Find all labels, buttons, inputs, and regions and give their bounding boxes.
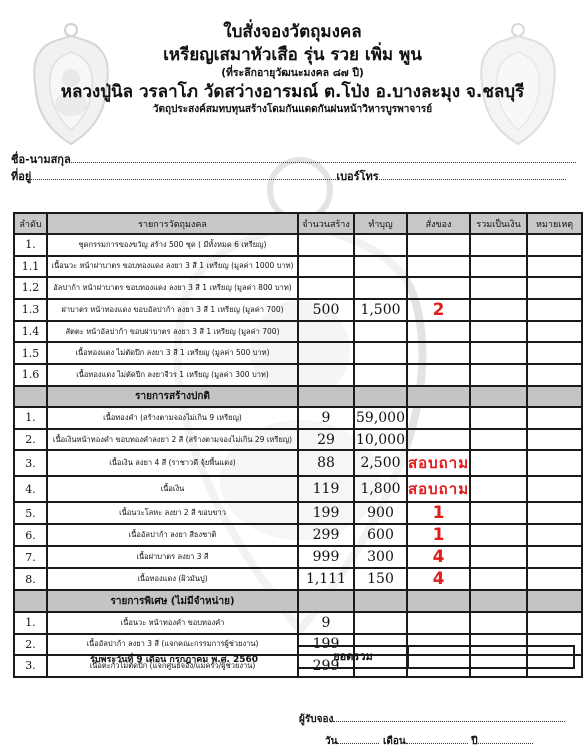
row-price: 900 [354,502,407,524]
row-order[interactable]: 2 [407,299,470,321]
row-number: 1.1 [14,256,47,278]
row-item: เนื้อเงิน [47,476,298,502]
row-total[interactable] [470,612,527,634]
row-quantity: 199 [298,502,354,524]
row-item: เนื้ออัลปาก้า ลงยา สีธงชาติ [47,524,298,546]
receiver-field[interactable]: ผู้รับจอง [299,711,565,727]
row-item: ชุดกรรมการของขวัญ สร้าง 500 ชุด ( มีทั้ง… [47,234,298,256]
table-row: 8.เนื้อทองแดง (ผิวมันปู)1,1111504 [14,568,582,590]
row-quantity: 88 [298,450,354,476]
row-note[interactable] [527,502,582,524]
row-number: 1.2 [14,277,47,299]
row-price: 59,000 [354,407,407,429]
row-number: 2. [14,429,47,451]
row-note[interactable] [527,234,582,256]
name-input-line[interactable] [71,152,576,163]
phone-label: เบอร์โทร [336,170,378,183]
table-row: 5.เนื้อนวะโลหะ ลงยา 2 สี ขอบขาว1999001 [14,502,582,524]
col-header-total: รวมเป็นเงิน [470,213,527,234]
month-label: เดือน [383,736,406,747]
row-price: 1,800 [354,476,407,502]
grand-total-label: ยอดรวม [299,647,409,667]
row-note[interactable] [527,429,582,451]
section-cell [470,590,527,612]
receiver-label: ผู้รับจอง [299,714,333,725]
temple-line: หลวงปู่นิล วรลาโภ วัดสว่างอารมณ์ ต.โป่ง … [0,78,585,105]
row-price [354,256,407,278]
row-number: 6. [14,524,47,546]
row-item: เนื้อนวะ หน้าฝาบาตร ขอบทองแดง ลงยา 3 สี … [47,256,298,278]
row-number: 2. [14,634,47,656]
row-note[interactable] [527,277,582,299]
row-note[interactable] [527,450,582,476]
row-order[interactable] [407,407,470,429]
row-order[interactable]: สอบถาม [407,450,470,476]
row-item: เนื้อฝาบาตร ลงยา 3 สี [47,546,298,568]
row-item: เนื้อทองแดง (ผิวมันปู) [47,568,298,590]
row-item: อัลปาก้า หน้าฝาบาตร ขอบทองแดง ลงยา 3 สี … [47,277,298,299]
row-order[interactable] [407,321,470,343]
row-note[interactable] [527,524,582,546]
row-number: 3. [14,655,47,677]
row-quantity [298,364,354,386]
row-quantity [298,277,354,299]
table-row: 3.เนื้อเงิน ลงยา 4 สี (ราชาวดี จุ้ยพื้นแ… [14,450,582,476]
row-order[interactable]: 4 [407,568,470,590]
col-header-price: ทำบุญ [354,213,407,234]
row-item: ฝาบาตร หน้าทองแดง ขอบอัลปาก้า ลงยา 3 สี … [47,299,298,321]
row-price [354,364,407,386]
row-note[interactable] [527,476,582,502]
row-total[interactable] [470,277,527,299]
row-quantity: 9 [298,407,354,429]
address-field[interactable]: ที่อยู่เบอร์โทร [11,167,566,185]
row-note[interactable] [527,407,582,429]
row-order[interactable]: 1 [407,524,470,546]
row-number: 1.4 [14,321,47,343]
name-label: ชื่อ-นามสกุล [11,153,71,166]
row-price: 10,000 [354,429,407,451]
section-cell [527,590,582,612]
table-row: 1.เนื้อนวะ หน้าทองคำ ขอบทองคำ9 [14,612,582,634]
table-row: 1.1เนื้อนวะ หน้าฝาบาตร ขอบทองแดง ลงยา 3 … [14,256,582,278]
grand-total-value[interactable] [409,647,573,667]
row-total[interactable] [470,502,527,524]
col-header-qty: จำนวนสร้าง [298,213,354,234]
order-table: ลำดับ รายการวัตถุมงคล จำนวนสร้าง ทำบุญ ส… [13,212,583,678]
year-input-line[interactable] [478,733,533,744]
row-order[interactable] [407,612,470,634]
row-order[interactable]: 1 [407,502,470,524]
purpose-text: วัตถุประสงค์สมทบทุนสร้างโดมกันแดดกันฝนหน… [0,102,585,117]
row-quantity: 119 [298,476,354,502]
row-number: 1. [14,234,47,256]
row-number: 8. [14,568,47,590]
row-note[interactable] [527,364,582,386]
section-number [14,590,47,612]
section-title: รายการพิเศษ (ไม่มีจำหน่าย) [47,590,298,612]
row-number: 3. [14,450,47,476]
row-total[interactable] [470,364,527,386]
row-order[interactable] [407,256,470,278]
row-total[interactable] [470,256,527,278]
row-item: เนื้อนวะ หน้าทองคำ ขอบทองคำ [47,612,298,634]
row-total[interactable] [470,299,527,321]
row-note[interactable] [527,546,582,568]
phone-input-line[interactable] [379,169,566,180]
row-item: สัตตะ หน้าอัลปาก้า ขอบฝาบาตร ลงยา 3 สี 1… [47,321,298,343]
grand-total-box: ยอดรวม [297,645,575,669]
section-normal-header: รายการสร้างปกติ [14,386,582,408]
row-note[interactable] [527,299,582,321]
section-cell [407,386,470,408]
section-cell [527,386,582,408]
row-number: 1.5 [14,342,47,364]
name-field[interactable]: ชื่อ-นามสกุล [11,150,576,168]
row-quantity: 999 [298,546,354,568]
address-label: ที่อยู่ [11,170,31,183]
row-number: 1. [14,407,47,429]
received-date: รับพระวันที่ 9 เดือน กรกฎาคม พ.ศ. 2560 [90,652,258,666]
table-row: 6.เนื้ออัลปาก้า ลงยา สีธงชาติ2996001 [14,524,582,546]
row-note[interactable] [527,321,582,343]
row-price: 600 [354,524,407,546]
row-price [354,342,407,364]
row-total[interactable] [470,568,527,590]
col-header-order: สั่งของ [407,213,470,234]
row-item: เนื้อทองคำ (สร้างตามจองไม่เกิน 9 เหรียญ) [47,407,298,429]
row-number: 1.3 [14,299,47,321]
col-header-item: รายการวัตถุมงคล [47,213,298,234]
row-total[interactable] [470,234,527,256]
row-item: เนื้อทองแดง ไม่ตัดปีก ลงยา 3 สี 1 เหรียญ… [47,342,298,364]
row-order[interactable] [407,364,470,386]
row-note[interactable] [527,256,582,278]
row-price [354,612,407,634]
row-total[interactable] [470,429,527,451]
row-order[interactable] [407,429,470,451]
section-cell [298,386,354,408]
row-quantity [298,321,354,343]
row-quantity: 299 [298,524,354,546]
row-item: เนื้อทองแดง ไม่ตัดปีก ลงยาจีวร 1 เหรียญ … [47,364,298,386]
row-number: 7. [14,546,47,568]
row-price: 150 [354,568,407,590]
row-item: เนื้อนวะโลหะ ลงยา 2 สี ขอบขาว [47,502,298,524]
row-order[interactable]: 4 [407,546,470,568]
row-quantity [298,256,354,278]
row-total[interactable] [470,450,527,476]
table-row: 1.ชุดกรรมการของขวัญ สร้าง 500 ชุด ( มีทั… [14,234,582,256]
col-header-note: หมายเหตุ [527,213,582,234]
section-cell [354,386,407,408]
row-price [354,234,407,256]
section-title: รายการสร้างปกติ [47,386,298,408]
row-item: เนื้อเงิน ลงยา 4 สี (ราชาวดี จุ้ยพื้นแดง… [47,450,298,476]
row-total[interactable] [470,342,527,364]
row-quantity: 500 [298,299,354,321]
table-row: 1.เนื้อทองคำ (สร้างตามจองไม่เกิน 9 เหรีย… [14,407,582,429]
table-row: 2.เนื้อเงินหน้าทองคำ ขอบทองคำลงยา 2 สี (… [14,429,582,451]
section-cell [407,590,470,612]
row-item: เนื้อเงินหน้าทองคำ ขอบทองคำลงยา 2 สี (สร… [47,429,298,451]
table-row: 7.เนื้อฝาบาตร ลงยา 3 สี9993004 [14,546,582,568]
row-order[interactable]: สอบถาม [407,476,470,502]
table-row: 1.3ฝาบาตร หน้าทองแดง ขอบอัลปาก้า ลงยา 3 … [14,299,582,321]
row-number: 4. [14,476,47,502]
section-cell [298,590,354,612]
row-price: 2,500 [354,450,407,476]
row-total[interactable] [470,476,527,502]
row-number: 5. [14,502,47,524]
row-number: 1. [14,612,47,634]
row-note[interactable] [527,568,582,590]
row-quantity: 29 [298,429,354,451]
table-row: 1.4สัตตะ หน้าอัลปาก้า ขอบฝาบาตร ลงยา 3 ส… [14,321,582,343]
row-note[interactable] [527,612,582,634]
row-quantity [298,234,354,256]
row-total[interactable] [470,407,527,429]
row-quantity: 9 [298,612,354,634]
address-input-line[interactable] [31,169,336,180]
section-special-header: รายการพิเศษ (ไม่มีจำหน่าย) [14,590,582,612]
month-input-line[interactable] [406,733,468,744]
date-field[interactable]: วัน เดือน ปี [325,733,533,749]
receiver-input-line[interactable] [333,711,565,722]
row-number: 1.6 [14,364,47,386]
row-order[interactable] [407,342,470,364]
row-note[interactable] [527,342,582,364]
day-label: วัน [325,736,337,747]
row-quantity: 1,111 [298,568,354,590]
row-price: 300 [354,546,407,568]
row-total[interactable] [470,546,527,568]
col-header-no: ลำดับ [14,213,47,234]
section-cell [470,386,527,408]
row-total[interactable] [470,321,527,343]
row-order[interactable] [407,277,470,299]
table-row: 4.เนื้อเงิน1191,800สอบถาม [14,476,582,502]
row-quantity [298,342,354,364]
row-order[interactable] [407,234,470,256]
day-input-line[interactable] [337,733,379,744]
row-price [354,277,407,299]
table-header-row: ลำดับ รายการวัตถุมงคล จำนวนสร้าง ทำบุญ ส… [14,213,582,234]
row-price [354,321,407,343]
row-total[interactable] [470,524,527,546]
table-row: 1.2อัลปาก้า หน้าฝาบาตร ขอบทองแดง ลงยา 3 … [14,277,582,299]
table-row: 1.5เนื้อทองแดง ไม่ตัดปีก ลงยา 3 สี 1 เหร… [14,342,582,364]
row-price: 1,500 [354,299,407,321]
section-number [14,386,47,408]
table-row: 1.6เนื้อทองแดง ไม่ตัดปีก ลงยาจีวร 1 เหรี… [14,364,582,386]
section-cell [354,590,407,612]
